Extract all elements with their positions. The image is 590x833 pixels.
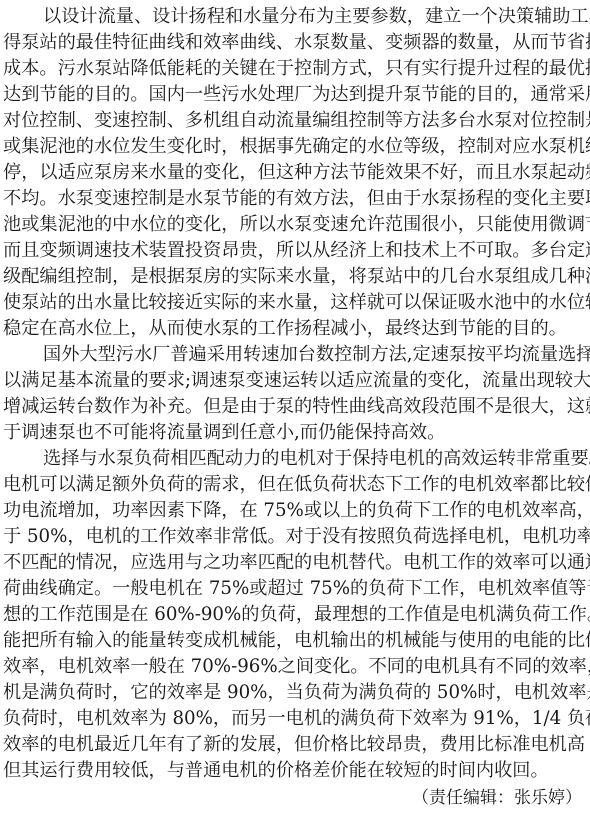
document-body: 以设计流量、设计扬程和水量分布为主要参数，建立一个决策辅助工具，可以获 得泵站的… [3, 4, 589, 784]
text-line: 级配编组控制，是根据泵房的实际来水量，将泵站中的几台水泵组成几种流量级配， [3, 264, 589, 290]
text-line: 不均。水泵变速控制是水泵节能的有效方法，但由于水泵扬程的变化主要取决于吸水 [3, 186, 589, 212]
text-line: 想的工作范围是在 60%-90%的负荷，最理想的工作值是电机满负荷工作。水泵电机… [3, 602, 589, 628]
text-line: 荷曲线确定。一般电机在 75%或超过 75%的负荷下工作，电机效率值等于最大值，… [3, 576, 589, 602]
text-line: 电机可以满足额外负荷的需求，但在低负荷状态下工作的电机效率都比较低。由于无 [3, 472, 589, 498]
text-line: 负荷时，电机效率为 80%，而另一电机的满负荷下效率为 91%，1/4 负荷下 … [3, 706, 589, 732]
text-line: 池或集泥池的中水位的变化，所以水泵变速允许范围很小，只能使用微调节的方式， [3, 212, 589, 238]
paragraph-3: 选择与水泵负荷相匹配动力的电机对于保持电机的高效运转非常重要。大功率的 电机可以… [3, 446, 589, 784]
text-line: 不匹配的情况，应选用与之功率匹配的电机替代。电机工作的效率可以通过看效率负 [3, 550, 589, 576]
text-line: 对位控制、变速控制、多机组自动流量编组控制等方法多台水泵对位控制是在吸水池 [3, 108, 589, 134]
text-line: 增减运转台数作为补充。但是由于泵的特性曲线高效段范围不是很大，这就决定了对 [3, 394, 589, 420]
text-line: 但其运行费用较低，与普通电机的价格差价能在较短的时间内收回。 [3, 758, 589, 784]
text-line: 以满足基本流量的要求;调速泵变速运转以适应流量的变化，流量出现较大波动时,以 [3, 368, 589, 394]
editor-note: （责任编辑：张乐婷） [412, 786, 582, 810]
text-line: 使泵站的出水量比较接近实际的来水量，这样就可以保证吸水池中的水位较长时间地 [3, 290, 589, 316]
text-line: 选择与水泵负荷相匹配动力的电机对于保持电机的高效运转非常重要。大功率的 [3, 446, 589, 472]
text-line: 稳定在高水位上，从而使水泵的工作扬程减小，最终达到节能的目的。 [3, 316, 589, 342]
text-line: 而且变频调速技术装置投资昂贵，所以从经济上和技术上不可取。多台定速水泵流量 [3, 238, 589, 264]
text-line: 效率，电机效率一般在 70%-96%之间变化。不同的电机具有不同的效率，例如，一… [3, 654, 589, 680]
paragraph-1: 以设计流量、设计扬程和水量分布为主要参数，建立一个决策辅助工具，可以获 得泵站的… [3, 4, 589, 342]
text-line: 达到节能的目的。国内一些污水处理厂为达到提升泵节能的目的，通常采用多台水泵 [3, 82, 589, 108]
text-line: 或集泥池的水位发生变化时，根据事先确定的水位等级，控制对应水泵机组的自动开 [3, 134, 589, 160]
text-line: 得泵站的最佳特征曲线和效率曲线、水泵数量、变频器的数量，从而节省投资和运行 [3, 30, 589, 56]
text-line: 效率的电机最近几年有了新的发展，但价格比较昂贵，费用比标准电机高 15%-25%… [3, 732, 589, 758]
text-line: 以设计流量、设计扬程和水量分布为主要参数，建立一个决策辅助工具，可以获 [3, 4, 589, 30]
paragraph-2: 国外大型污水厂普遍采用转速加台数控制方法,定速泵按平均流量选择,定速运转 以满足… [3, 342, 589, 446]
text-line: 成本。污水泵站降低能耗的关键在于控制方式，只有实行提升过程的最优控制，才能 [3, 56, 589, 82]
text-line: 国外大型污水厂普遍采用转速加台数控制方法,定速泵按平均流量选择,定速运转 [3, 342, 589, 368]
text-line: 功电流增加，功率因素下降，在 75%或以上的负荷下工作的电机效率高，一旦负荷低 [3, 498, 589, 524]
text-line: 于调速泵也不可能将流量调到任意小,而仍能保持高效。 [3, 420, 589, 446]
text-line: 停，以适应泵房来水量的变化，但这种方法节能效果不好，而且水泵起动频繁，忙闲 [3, 160, 589, 186]
text-line: 能把所有输入的能量转变成机械能，电机输出的机械能与使用的电能的比值称为电机 [3, 628, 589, 654]
text-line: 于 50%，电机的工作效率非常低。对于没有按照负荷选择电机，电机功率于工作负荷 [3, 524, 589, 550]
text-line: 机是满负荷时，它的效率是 90%，当负荷为满负荷的 50%时，电机效率是 87%… [3, 680, 589, 706]
